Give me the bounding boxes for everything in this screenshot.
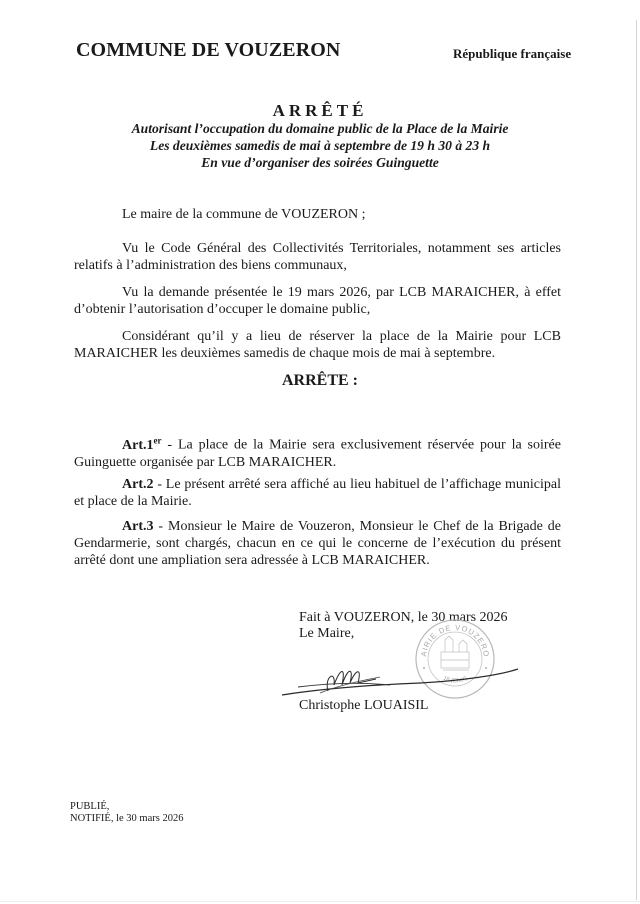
subtitle-line: Les deuxièmes samedis de mai à septembre… (0, 138, 640, 154)
published-line: PUBLIÉ, (70, 801, 183, 813)
preamble-paragraph: Vu la demande présentée le 19 mars 2026,… (74, 284, 561, 318)
preamble-paragraph: Vu le Code Général des Collectivités Ter… (74, 240, 561, 274)
article-1: Art.1er - La place de la Mairie sera exc… (74, 432, 561, 471)
page-bottom-edge (0, 901, 640, 902)
signer-role: Le Maire, (299, 626, 354, 642)
article-3: Art.3 - Monsieur le Maire de Vouzeron, M… (74, 518, 561, 569)
document-title: ARRÊTÉ (0, 101, 640, 121)
commune-name: COMMUNE DE VOUZERON (76, 39, 340, 62)
preamble-text: Vu le Code Général des Collectivités Ter… (74, 241, 561, 273)
notified-line: NOTIFIÉ, le 30 mars 2026 (70, 813, 183, 825)
arrete-heading: ARRÊTE : (0, 372, 640, 390)
republique-label: République française (453, 46, 571, 62)
preamble-text: Le maire de la commune de VOUZERON ; (122, 207, 366, 222)
preamble-text: Vu la demande présentée le 19 mars 2026,… (74, 285, 561, 317)
signature-icon (280, 655, 520, 703)
publication-notice: PUBLIÉ, NOTIFIÉ, le 30 mars 2026 (70, 801, 183, 825)
preamble-paragraph: Considérant qu’il y a lieu de réserver l… (74, 328, 561, 362)
article-label: Art.2 (122, 477, 154, 492)
article-2: Art.2 - Le présent arrêté sera affiché a… (74, 476, 561, 510)
subtitle-line: Autorisant l’occupation du domaine publi… (0, 121, 640, 137)
article-label: Art.1er (122, 438, 162, 453)
preamble-paragraph: Le maire de la commune de VOUZERON ; (74, 206, 561, 223)
subtitle-line: En vue d’organiser des soirées Guinguett… (0, 155, 640, 171)
article-label: Art.3 (122, 519, 154, 534)
preamble-text: Considérant qu’il y a lieu de réserver l… (74, 329, 561, 361)
signer-name: Christophe LOUAISIL (299, 698, 429, 714)
